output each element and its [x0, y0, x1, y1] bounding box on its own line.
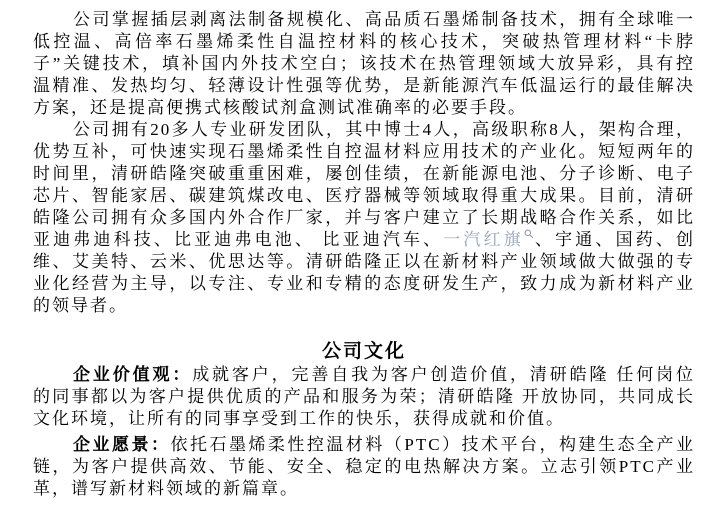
values-text: 成就客户，完善自我为客户创造价值，清研皓隆 任何岗位: [192, 365, 695, 384]
vision-text: 依托石墨烯柔性控温材料（PTC）技术平台，构建生态全产业: [170, 435, 695, 454]
text-line: 优势互补，可快速实现石墨烯柔性自控温材料应用技术的产业化。短短两年的: [33, 141, 695, 163]
link-line-post-text: 、宇通、国药、创: [534, 230, 695, 249]
text-line: 低控温、高倍率石墨烯柔性自温控材料的核心技术，突破热管理材料“卡脖: [33, 31, 695, 53]
text-line: 文化环境，让所有的同事享受到工作的快乐，获得成就和价值。: [33, 408, 695, 430]
text-line: 公司拥有20多人专业研发团队，其中博士4人，高级职称8人，架构合理，: [33, 119, 695, 141]
paragraph-corporate-vision: 企业愿景：依托石墨烯柔性控温材料（PTC）技术平台，构建生态全产业 链，为客户提…: [33, 434, 695, 500]
vision-label: 企业愿景：: [73, 435, 170, 454]
text-line: 业化经营为主导，以专注、专业和专精的态度研发生产，致力成为新材料产业: [33, 273, 695, 295]
text-line: 的同事都以为客户提供优质的产品和服务为荣；清研皓隆 开放协同，共同成长: [33, 386, 695, 408]
values-label: 企业价值观：: [73, 365, 192, 384]
text-line: 企业价值观：成就客户，完善自我为客户创造价值，清研皓隆 任何岗位: [33, 364, 695, 386]
search-icon[interactable]: [524, 229, 534, 239]
document-page: 公司掌握插层剥离法制备规模化、高品质石墨烯制备技术，拥有全球唯一 低控温、高倍率…: [0, 0, 728, 508]
paragraph-technology-intro: 公司掌握插层剥离法制备规模化、高品质石墨烯制备技术，拥有全球唯一 低控温、高倍率…: [33, 9, 695, 119]
section-heading-company-culture: 公司文化: [33, 341, 695, 363]
text-line: 皓隆公司拥有众多国内外合作厂家，并与客户建立了长期战略合作关系，如比: [33, 207, 695, 229]
text-line: 革，谱写新材料领域的新篇章。: [33, 478, 695, 500]
text-line-with-link: 亚迪弗迪科技、比亚迪弗电池、 比亚迪汽车、一汽红旗、宇通、国药、创: [33, 229, 695, 251]
text-line: 方案，还是提高便携式核酸试剂盒测试准确率的必要手段。: [33, 97, 695, 119]
text-line: 子”关键技术，填补国内外技术空白；该技术在热管理领域大放异彩，具有控: [33, 53, 695, 75]
text-line: 链，为客户提供高效、节能、安全、稳定的电热解决方案。立志引领PTC产业变: [33, 456, 695, 478]
text-line: 维、艾美特、云米、优思达等。清研皓隆正以在新材料产业领域做大做强的专: [33, 251, 695, 273]
text-line: 芯片、智能家居、碳建筑煤改电、医疗器械等领域取得重大成果。目前，清研: [33, 185, 695, 207]
paragraph-corporate-values: 企业价值观：成就客户，完善自我为客户创造价值，清研皓隆 任何岗位 的同事都以为客…: [33, 364, 695, 430]
link-line-pre-text: 亚迪弗迪科技、比亚迪弗电池、 比亚迪汽车、: [33, 230, 443, 249]
text-line: 企业愿景：依托石墨烯柔性控温材料（PTC）技术平台，构建生态全产业: [33, 434, 695, 456]
text-line: 温精准、发热均匀、轻薄设计性强等优势，是新能源汽车低温运行的最佳解决: [33, 75, 695, 97]
text-line: 的领导者。: [33, 295, 695, 317]
faw-hongqi-link[interactable]: 一汽红旗: [443, 230, 524, 249]
text-line: 公司掌握插层剥离法制备规模化、高品质石墨烯制备技术，拥有全球唯一: [33, 9, 695, 31]
text-line: 时间里，清研皓隆突破重重困难，屡创佳绩，在新能源电池、分子诊断、电子: [33, 163, 695, 185]
paragraph-team-partners: 公司拥有20多人专业研发团队，其中博士4人，高级职称8人，架构合理， 优势互补，…: [33, 119, 695, 317]
